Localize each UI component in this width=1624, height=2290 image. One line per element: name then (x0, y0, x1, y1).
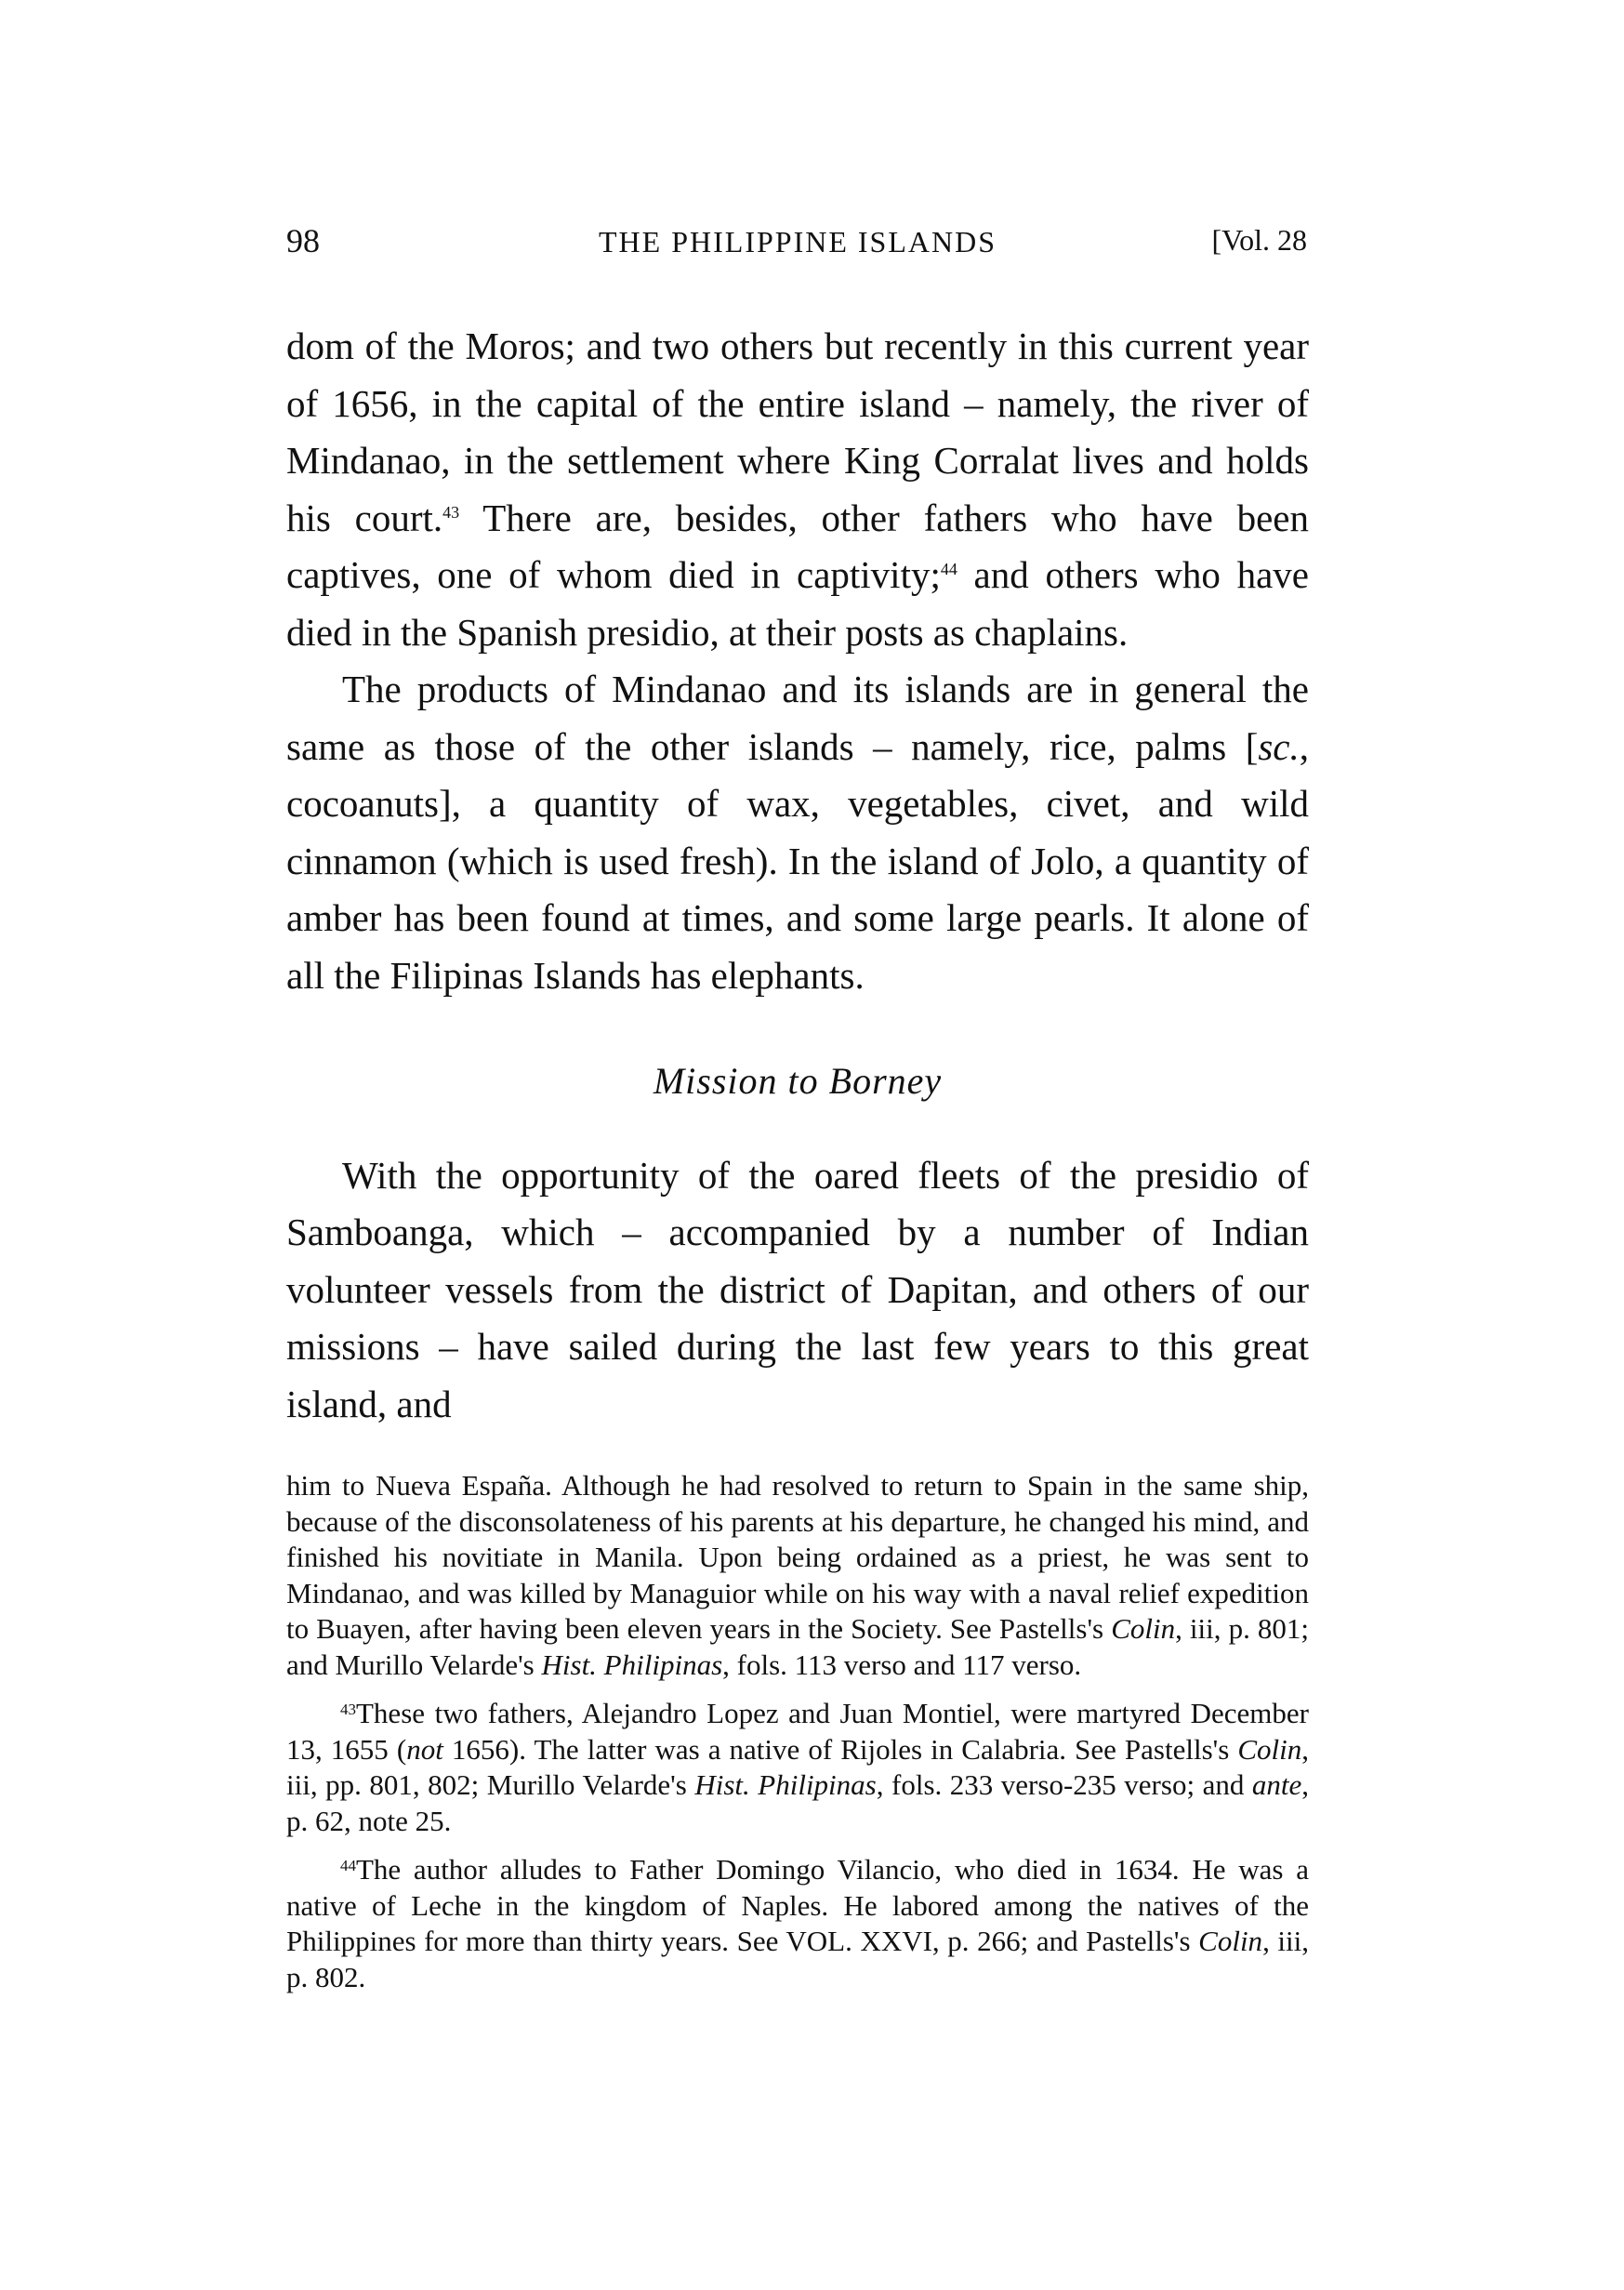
italic-title: Hist. Philipinas (542, 1648, 723, 1681)
footnote-continued: him to Nueva España. Although he had res… (286, 1468, 1309, 1683)
footnote-marker: 44 (340, 1857, 356, 1874)
running-title: THE PHILIPPINE ISLANDS (286, 225, 1309, 259)
italic-title: Colin (1198, 1925, 1262, 1957)
footnote-text: The author alludes to Father Domingo Vil… (286, 1853, 1309, 1957)
paragraph-products: The products of Mindanao and its islands… (286, 661, 1309, 1004)
footnote-ref-44: 44 (941, 560, 957, 578)
paragraph-captives: dom of the Moros; and two others but rec… (286, 318, 1309, 661)
italic-word: ante (1252, 1768, 1301, 1801)
italic-title: Colin (1237, 1733, 1301, 1766)
footnote-43: 43These two fathers, Alejandro Lopez and… (286, 1696, 1309, 1839)
footnote-text: 1656). The latter was a native of Rijole… (443, 1733, 1238, 1766)
italic-title: Colin (1111, 1612, 1175, 1645)
book-page: 98 THE PHILIPPINE ISLANDS [Vol. 28 dom o… (286, 212, 1309, 2008)
footnotes: him to Nueva España. Although he had res… (286, 1468, 1309, 1995)
footnote-text: , fols. 113 verso and 117 verso. (722, 1648, 1081, 1681)
section-heading: Mission to Borney (286, 1052, 1309, 1110)
footnote-44: 44The author alludes to Father Domingo V… (286, 1852, 1309, 1995)
italic-abbrev: sc. (1258, 725, 1299, 768)
footnote-ref-43: 43 (442, 503, 459, 522)
running-header: 98 THE PHILIPPINE ISLANDS [Vol. 28 (286, 212, 1309, 277)
paragraph-text: The products of Mindanao and its islands… (286, 668, 1309, 768)
footnote-text: , fols. 233 verso-235 verso; and (877, 1768, 1252, 1801)
volume-label: [Vol. 28 (1211, 223, 1307, 258)
footnote-marker: 43 (340, 1701, 356, 1718)
paragraph-text: With the opportunity of the oared fleets… (286, 1154, 1309, 1425)
italic-title: Hist. Philipinas (694, 1768, 876, 1801)
italic-word: not (406, 1733, 443, 1766)
paragraph-mission: With the opportunity of the oared fleets… (286, 1147, 1309, 1434)
main-text: dom of the Moros; and two others but rec… (286, 318, 1309, 1433)
